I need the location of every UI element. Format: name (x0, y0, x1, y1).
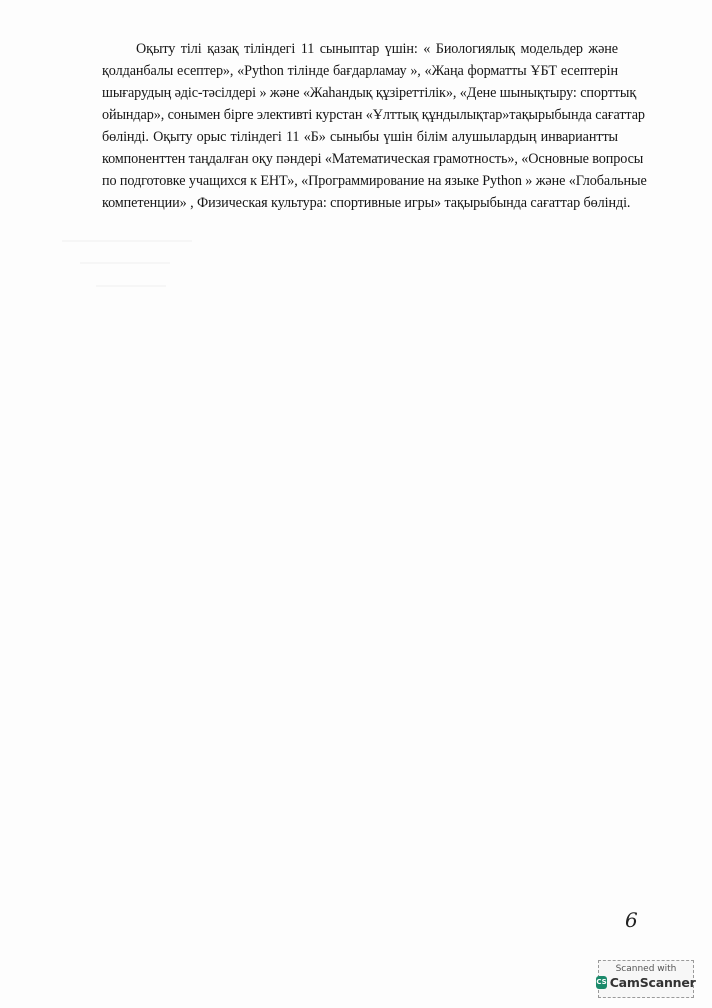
bleed-through-mark (96, 285, 166, 287)
watermark-caption: Scanned with (599, 964, 693, 974)
camscanner-logo-icon: CS (596, 976, 606, 989)
bleed-through-mark (62, 240, 192, 242)
handwritten-page-number: 6 (625, 908, 638, 932)
watermark-brand: CamScanner (610, 975, 696, 990)
scanned-page: Оқыту тілі қазақ тіліндегі 11 сыныптар ү… (0, 0, 712, 1008)
text-line: бөлінді. Оқыту орыс тіліндегі 11 «Б» сын… (102, 126, 618, 148)
paragraph: Оқыту тілі қазақ тіліндегі 11 сыныптар ү… (102, 38, 618, 214)
text-line: компоненттен таңдалған оқу пәндері «Мате… (102, 148, 618, 170)
text-line: шығарудың әдіс-тәсілдері » және «Жаһанды… (102, 82, 618, 104)
camscanner-watermark: Scanned with CS CamScanner (598, 960, 694, 998)
text-line: по подготовке учащихся к ЕНТ», «Программ… (102, 170, 618, 192)
text-line: компетенции» , Физическая культура: спор… (102, 192, 618, 214)
text-line: қолданбалы есептер», «Python тілінде бағ… (102, 60, 618, 82)
text-line: ойындар», сонымен бірге элективті курста… (102, 104, 618, 126)
bleed-through-mark (80, 262, 170, 264)
text-line: Оқыту тілі қазақ тіліндегі 11 сыныптар ү… (102, 38, 618, 60)
